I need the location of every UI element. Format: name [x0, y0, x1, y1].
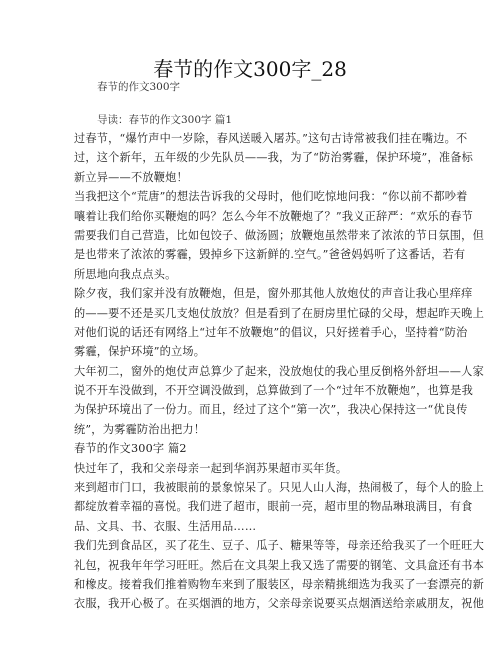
lead-heading: 导读：春节的作文300字 篇1 — [97, 112, 232, 128]
text-line: 新立异——不放鞭炮！ — [74, 168, 430, 187]
section-heading: 春节的作文300字 篇2 — [74, 439, 430, 458]
document-title: 春节的作文300字_28 — [0, 57, 500, 81]
text-line: 为保护环境出了一份力。而且，经过了这个“第一次”，我决心保持这一“优良传 — [74, 400, 430, 419]
document-subtitle: 春节的作文300字 — [97, 79, 180, 95]
text-line: 统”，为雾霾防治出把力！ — [74, 420, 430, 439]
document-body: 过春节，“爆竹声中一岁除，春风送暖入屠苏。”这句古诗常被我们挂在嘴边。不 过，这… — [74, 129, 430, 614]
text-line: 和橡皮。接着我们推着购物车来到了服装区，母亲精挑细选为我买了一套漂亮的新 — [74, 575, 430, 594]
text-line: 雾霾，保护环境”的立场。 — [74, 342, 430, 361]
text-line: 说不开车没做到，不开空调没做到，总算做到了一个“过年不放鞭炮”，也算是我 — [74, 381, 430, 400]
text-line: 对他们说的话还有网络上“过年不放鞭炮”的倡议，只好搓着手心，坚持着“防治 — [74, 323, 430, 342]
text-line: 快过年了，我和父亲母亲一起到华润苏果超市买年货。 — [74, 459, 430, 478]
text-line: 所思地向我点点头。 — [74, 265, 430, 284]
document-page: 春节的作文300字_28 春节的作文300字 导读：春节的作文300字 篇1 过… — [0, 0, 500, 647]
text-line: 过春节，“爆竹声中一岁除，春风送暖入屠苏。”这句古诗常被我们挂在嘴边。不 — [74, 129, 430, 148]
text-line: 的——要不还是买几支炮仗放放？但是看到了在厨房里忙碌的父母，想起昨天晚上 — [74, 304, 430, 323]
text-line: 除夕夜，我们家并没有放鞭炮，但是，窗外那其他人放炮仗的声音让我心里痒痒 — [74, 284, 430, 303]
text-line: 品、文具、书、衣服、生活用品…… — [74, 517, 430, 536]
text-line: 大年初二，窗外的炮仗声总算少了起来，没放炮仗的我心里反倒格外舒坦——人家 — [74, 362, 430, 381]
text-line: 是也带来了浓浓的雾霾，毁掉乡下这新鲜的.空气。”爸爸妈妈听了这番话，若有 — [74, 245, 430, 264]
text-line: 都绽放着幸福的喜悦。我们进了超市，眼前一亮，超市里的物品琳琅满目，有食 — [74, 497, 430, 516]
text-line: 我们先到食品区，买了花生、豆子、瓜子、糖果等等，母亲还给我买了一个旺旺大 — [74, 536, 430, 555]
text-line: 过，这个新年，五年级的少先队员——我，为了“防治雾霾，保护环境”，准备标 — [74, 148, 430, 167]
text-line: 礼包，祝我年年学习旺旺。然后在文具架上我又选了需要的钢笔、文具盒还有书本 — [74, 556, 430, 575]
text-line: 衣服，我开心极了。在买烟酒的地方，父亲母亲说要买点烟酒送给亲戚朋友，祝他 — [74, 594, 430, 613]
text-line: 需要我们自己营造，比如包饺子、做汤圆；放鞭炮虽然带来了浓浓的节日氛围，但 — [74, 226, 430, 245]
text-line: 嚷着让我们给你买鞭炮的吗？怎么今年不放鞭炮了？”我义正辞严：“欢乐的春节 — [74, 207, 430, 226]
text-line: 当我把这个“荒唐”的想法告诉我的父母时，他们吃惊地问我：“你以前不都吵着 — [74, 187, 430, 206]
text-line: 来到超市门口，我被眼前的景象惊呆了。只见人山人海，热闹极了，每个人的脸上 — [74, 478, 430, 497]
